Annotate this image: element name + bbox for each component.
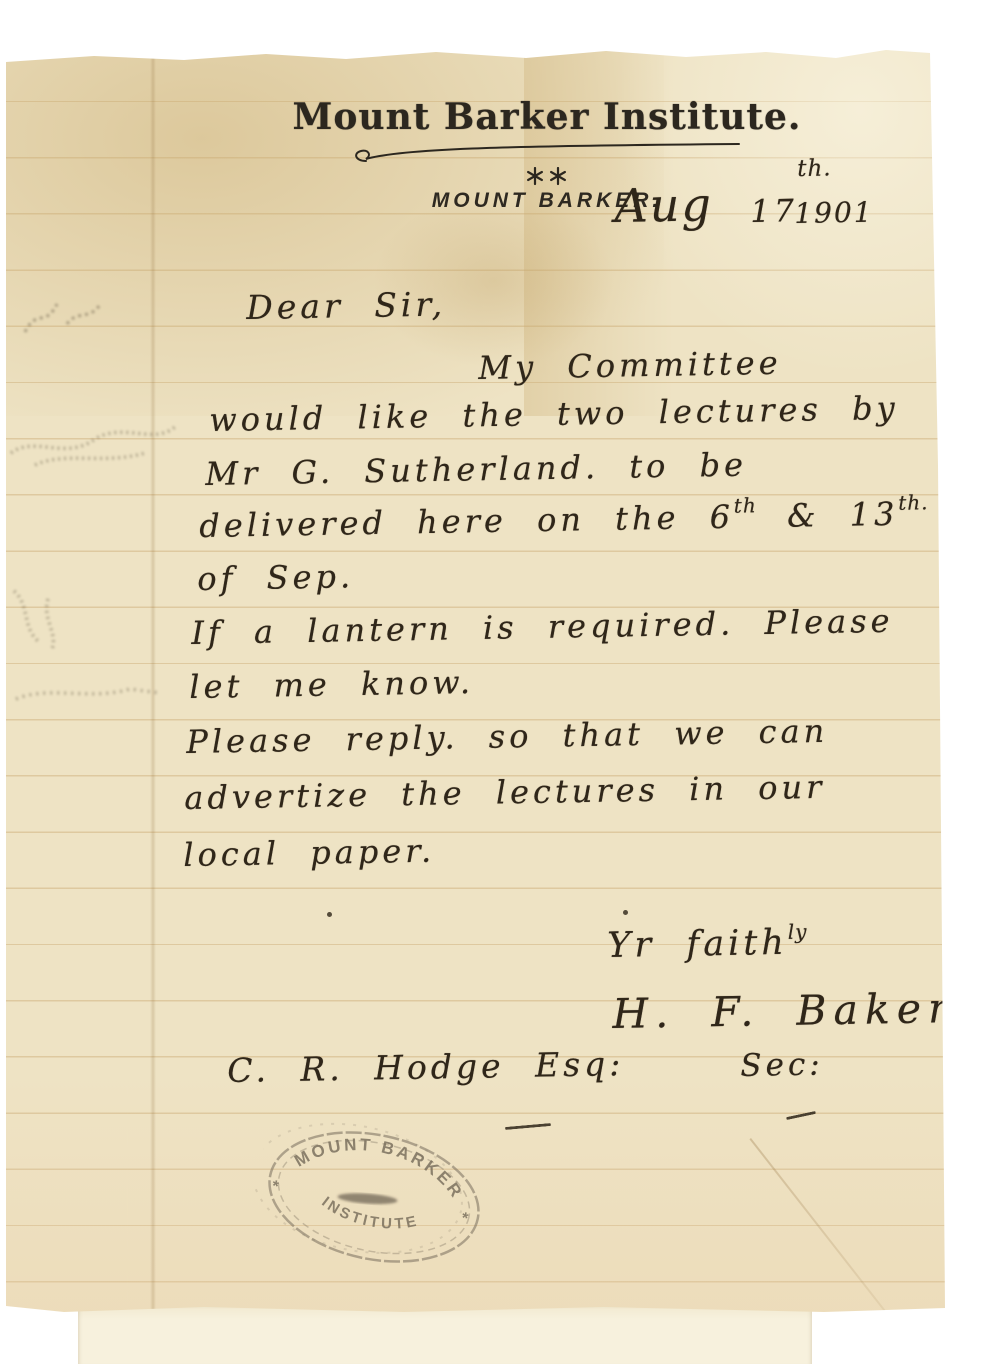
signature: H. F. Baker [612, 984, 955, 1038]
lecture-day-2: 13 [849, 495, 898, 534]
body-line-3: Mr G. Sutherland. to be [205, 446, 747, 493]
stamp-ornament-left: * [270, 1178, 283, 1197]
lecture-day-1: 6 [709, 498, 734, 536]
secretary-label: Sec: [740, 1047, 824, 1084]
lecture-day-2-suffix: th. [898, 490, 929, 515]
body-line-4-text: delivered here on the [199, 498, 710, 545]
ink-dot [623, 910, 628, 915]
letter-paper: Mount Barker Institute. MOUNT BARKER. Au… [4, 46, 945, 1312]
body-line-9: advertize the lectures in our [184, 768, 826, 817]
date-month: Aug [614, 177, 713, 233]
valediction: Yr faithly [607, 923, 808, 966]
salutation: Dear Sir, [246, 285, 446, 327]
date-day-suffix: th. [797, 155, 832, 182]
body-line-10: local paper. [183, 832, 435, 874]
double-asterisk-icon [524, 167, 570, 187]
body-line-4: delivered here on the 6th & 13th. [199, 494, 929, 545]
institute-stamp: MOUNT BARKER INSTITUTE * * [243, 1101, 504, 1293]
date-year: 1901 [794, 196, 874, 230]
ink-smudge [4, 575, 84, 661]
letterhead-title: Mount Barker Institute. [242, 96, 852, 138]
stamp-smear [337, 1192, 398, 1206]
body-line-1: My Committee [478, 344, 782, 387]
addressee: C. R. Hodge Esq: [227, 1044, 625, 1090]
ink-dot [327, 912, 332, 917]
ink-smudge [15, 290, 135, 342]
letterhead-rule [351, 140, 743, 166]
body-line-6: If a lantern is required. Please [191, 602, 894, 652]
body-line-2: would like the two lectures by [209, 389, 899, 439]
body-line-5: of Sep. [197, 557, 354, 598]
pen-dash [786, 1111, 816, 1120]
body-line-4-conj: & [757, 496, 850, 536]
body-line-8: Please reply. so that we can [186, 712, 829, 761]
pen-dash [505, 1123, 551, 1130]
valediction-suffix: ly [788, 920, 808, 944]
scanned-letter: Mount Barker Institute. MOUNT BARKER. Au… [0, 0, 1000, 1364]
lecture-day-1-suffix: th [734, 493, 757, 517]
body-line-7: let me know. [189, 663, 474, 706]
ink-smudge [5, 395, 185, 471]
stamp-ornament-right: * [460, 1210, 473, 1229]
fold-crease-diagonal [749, 1138, 888, 1316]
ink-smudge [10, 675, 170, 711]
valediction-text: Yr faith [607, 923, 788, 966]
date-day: 17 [750, 193, 798, 230]
